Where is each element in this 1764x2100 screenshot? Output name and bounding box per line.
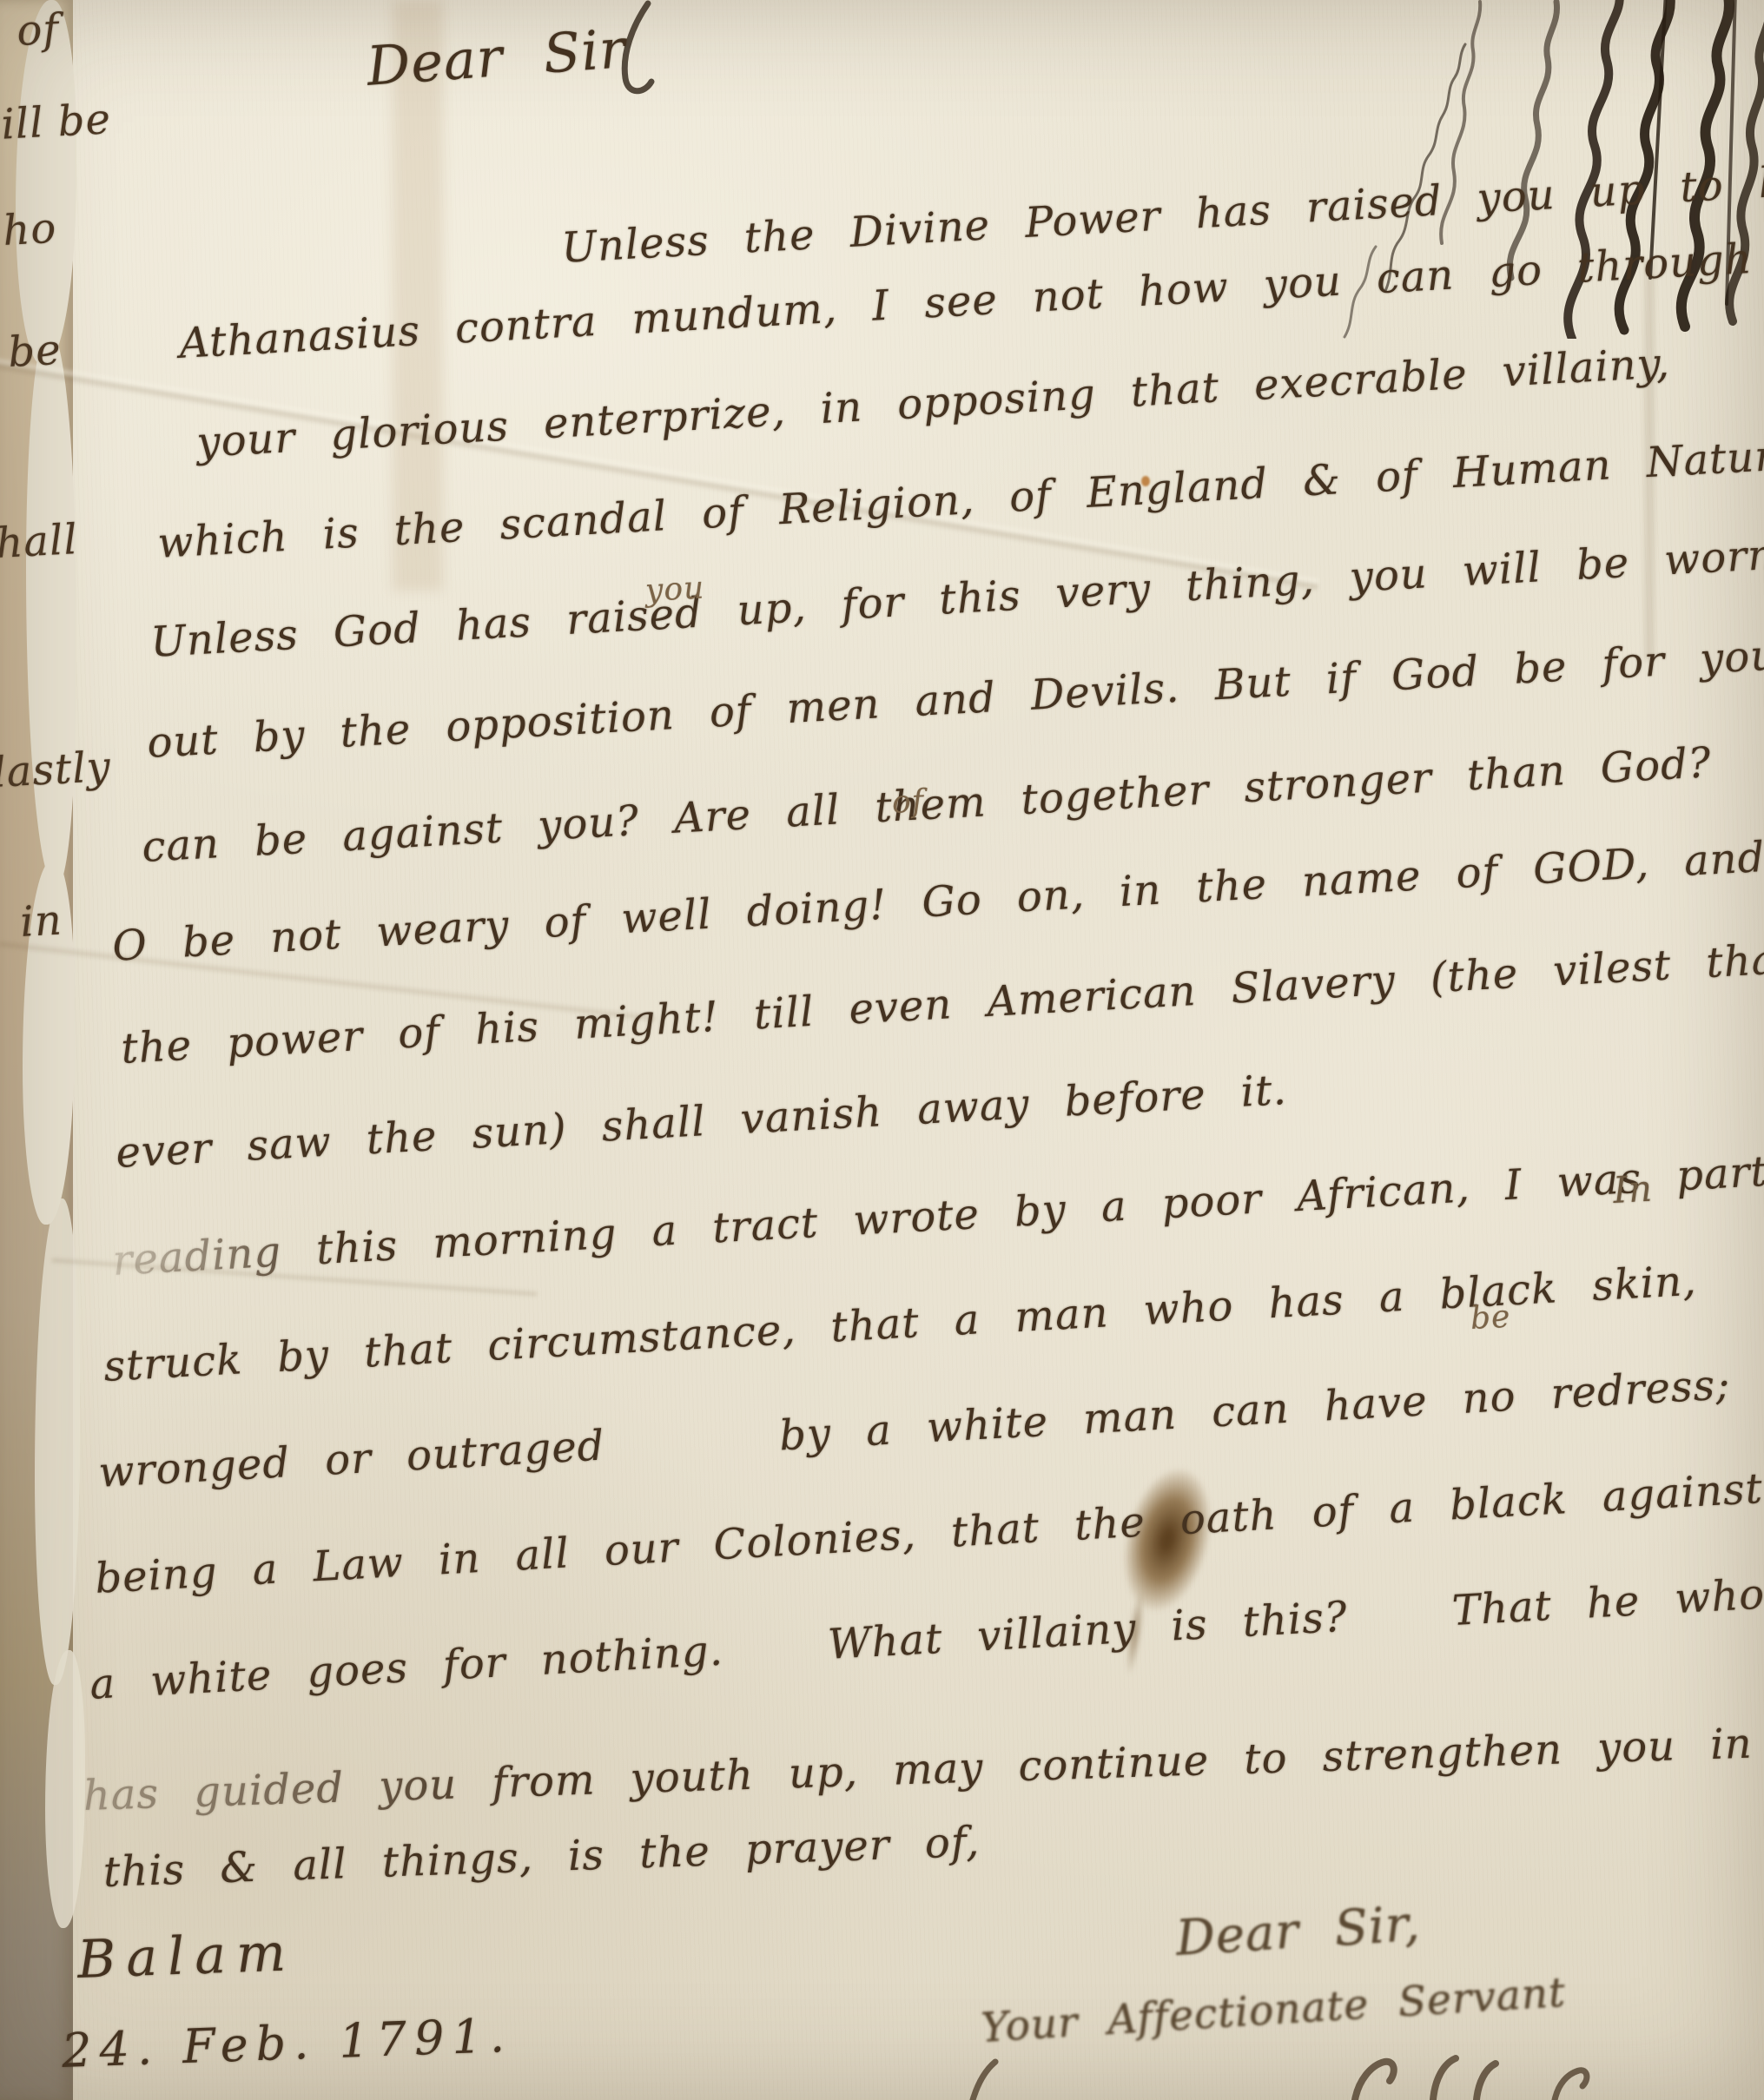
- letter-line: ever saw the sun) shall vanish away befo…: [115, 1066, 1288, 1178]
- letter-line: this & all things, is the prayer of,: [102, 1818, 981, 1897]
- manuscript-letter-photo: Dear Sir Unless the Divine Power has rai…: [0, 0, 1764, 2100]
- interlinear-insertion: of: [891, 783, 925, 821]
- margin-fragment: ho: [2, 204, 58, 255]
- margin-fragment: of: [16, 4, 61, 55]
- letter-line: your glorious enterprize, in opposing th…: [195, 339, 1671, 467]
- interlinear-insertion: you: [644, 570, 705, 609]
- margin-fragment: in: [19, 895, 63, 946]
- letter-line: being a Law in all our Colonies, that th…: [94, 1464, 1764, 1603]
- margin-fragment: lastly: [0, 743, 112, 797]
- margin-fragment: will be: [0, 95, 112, 151]
- closing-valediction: Your Affectionate Servant: [980, 1969, 1567, 2052]
- date-line: 24. Feb. 1791.: [61, 2008, 513, 2078]
- letter-line: has guided you from youth up, may contin…: [83, 1720, 1753, 1820]
- closing-salutation: Dear Sir,: [1174, 1896, 1422, 1967]
- place-line: Balam: [76, 1922, 297, 1991]
- margin-fragment: hall: [0, 515, 79, 568]
- letter-line: a white goes for nothing. What villainy …: [89, 1570, 1764, 1709]
- margin-fragment: be: [7, 326, 63, 377]
- signature-partial: [947, 2050, 1728, 2100]
- interlinear-insertion: be: [1470, 1299, 1511, 1337]
- catchword: In: [1612, 1167, 1654, 1212]
- salutation: Dear Sir: [365, 17, 628, 98]
